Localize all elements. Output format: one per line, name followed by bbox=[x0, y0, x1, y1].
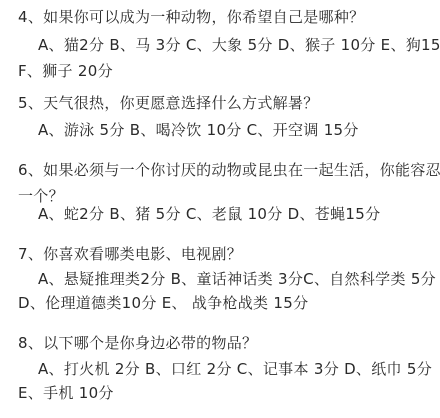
question-4-options-cont: F、狮子 20分 bbox=[18, 62, 113, 80]
question-6: 6、如果必须与一个你讨厌的动物或昆虫在一起生活，你能容忍哪 bbox=[18, 161, 440, 179]
question-4-options: A、猫2分 B、马 3分 C、大象 5分 D、猴子 10分 E、狗15分 bbox=[38, 36, 440, 54]
question-8-options-cont: E、手机 10分 bbox=[18, 384, 114, 402]
question-6-options: A、蛇2分 B、猪 5分 C、老鼠 10分 D、苍蝇15分 bbox=[38, 205, 380, 223]
question-7-options-cont: D、伦理道德类10分 E、 战争枪战类 15分 bbox=[18, 294, 308, 312]
question-7: 7、你喜欢看哪类电影、电视剧？ bbox=[18, 245, 242, 263]
question-5-options: A、游泳 5分 B、喝冷饮 10分 C、开空调 15分 bbox=[38, 121, 359, 139]
question-6-cont: 一个？ bbox=[18, 187, 64, 205]
question-8-options: A、打火机 2分 B、口红 2分 C、记事本 3分 D、纸巾 5分 bbox=[38, 360, 432, 378]
question-5: 5、天气很热，你更愿意选择什么方式解暑？ bbox=[18, 94, 319, 112]
question-7-options: A、悬疑推理类2分 B、童话神话类 3分C、自然科学类 5分 bbox=[38, 270, 436, 288]
question-4: 4、如果你可以成为一种动物，你希望自己是哪种？ bbox=[18, 8, 364, 26]
question-8: 8、以下哪个是你身边必带的物品？ bbox=[18, 334, 257, 352]
